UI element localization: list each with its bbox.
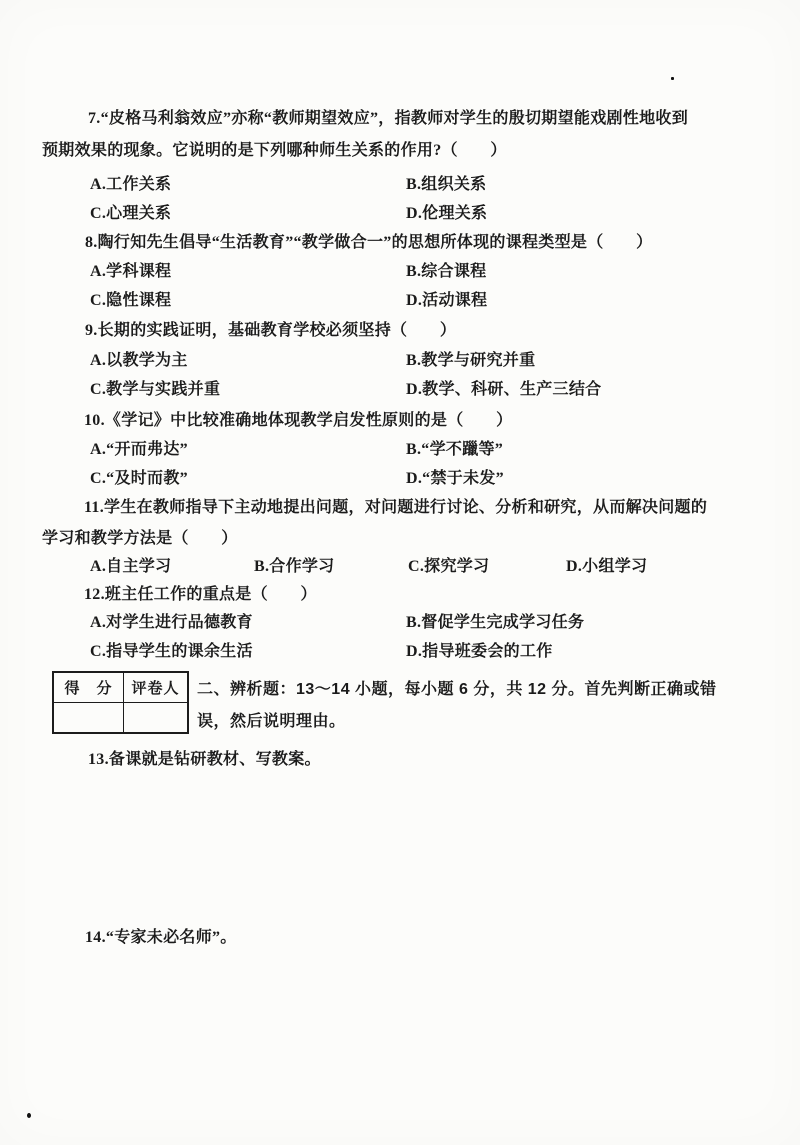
q13-statement: 13.备课就是钻研教材、写教案。 xyxy=(88,751,321,769)
q12-stem: 12.班主任工作的重点是（ ） xyxy=(84,586,317,604)
score-table-header-row: 得 分 评卷人 xyxy=(54,673,187,703)
exam-page: 7.“皮格马利翁效应”亦称“教师期望效应”，指教师对学生的殷切期望能戏剧性地收到… xyxy=(0,0,800,1145)
q9-option-d: D.教学、科研、生产三结合 xyxy=(406,381,601,399)
q10-option-b: B.“学不躐等” xyxy=(406,441,503,459)
q9-option-a: A.以教学为主 xyxy=(90,352,188,370)
q7-option-c: C.心理关系 xyxy=(90,205,171,223)
q9-stem: 9.长期的实践证明，基础教育学校必须坚持（ ） xyxy=(85,322,456,340)
q10-stem: 10.《学记》中比较准确地体现教学启发性原则的是（ ） xyxy=(84,412,512,430)
q12-option-b: B.督促学生完成学习任务 xyxy=(406,614,584,632)
q12-option-c: C.指导学生的课余生活 xyxy=(90,643,253,661)
q7-option-d: D.伦理关系 xyxy=(406,205,487,223)
q12-option-a: A.对学生进行品德教育 xyxy=(90,614,253,632)
score-table: 得 分 评卷人 xyxy=(52,671,189,734)
q8-option-c: C.隐性课程 xyxy=(90,292,171,310)
grader-empty-cell xyxy=(124,703,187,732)
q10-option-a: A.“开而弗达” xyxy=(90,441,188,459)
q7-stem-line2: 预期效果的现象。它说明的是下列哪种师生关系的作用?（ ） xyxy=(42,142,507,160)
section2-instructions-line2: 误，然后说明理由。 xyxy=(197,713,346,731)
q8-option-d: D.活动课程 xyxy=(406,292,487,310)
q11-option-d: D.小组学习 xyxy=(566,558,647,576)
q11-option-c: C.探究学习 xyxy=(408,558,489,576)
q7-option-a: A.工作关系 xyxy=(90,176,171,194)
q11-option-a: A.自主学习 xyxy=(90,558,171,576)
q11-option-b: B.合作学习 xyxy=(254,558,334,576)
q9-option-b: B.教学与研究并重 xyxy=(406,352,535,370)
q11-stem-line2: 学习和教学方法是（ ） xyxy=(42,530,238,548)
q14-statement: 14.“专家未必名师”。 xyxy=(85,929,237,947)
scan-speck-top-right xyxy=(671,77,674,80)
q10-option-c: C.“及时而教” xyxy=(90,470,188,488)
q7-stem-line1: 7.“皮格马利翁效应”亦称“教师期望效应”，指教师对学生的殷切期望能戏剧性地收到 xyxy=(88,110,688,128)
q9-option-c: C.教学与实践并重 xyxy=(90,381,220,399)
q10-option-d: D.“禁于未发” xyxy=(406,470,504,488)
q8-option-b: B.综合课程 xyxy=(406,263,486,281)
q8-stem: 8.陶行知先生倡导“生活教育”“教学做合一”的思想所体现的课程类型是（ ） xyxy=(85,234,652,252)
q8-option-a: A.学科课程 xyxy=(90,263,171,281)
score-empty-cell xyxy=(54,703,124,732)
q12-option-d: D.指导班委会的工作 xyxy=(406,643,553,661)
score-table-empty-row xyxy=(54,703,187,732)
score-label-cell: 得 分 xyxy=(54,673,124,702)
grader-label-cell: 评卷人 xyxy=(124,673,187,702)
q11-stem-line1: 11.学生在教师指导下主动地提出问题，对问题进行讨论、分析和研究，从而解决问题的 xyxy=(84,499,707,517)
section2-instructions-line1: 二、辨析题：13～14 小题，每小题 6 分，共 12 分。首先判断正确或错 xyxy=(197,681,717,699)
scan-speck-bottom-left xyxy=(27,1113,31,1118)
q7-option-b: B.组织关系 xyxy=(406,176,486,194)
